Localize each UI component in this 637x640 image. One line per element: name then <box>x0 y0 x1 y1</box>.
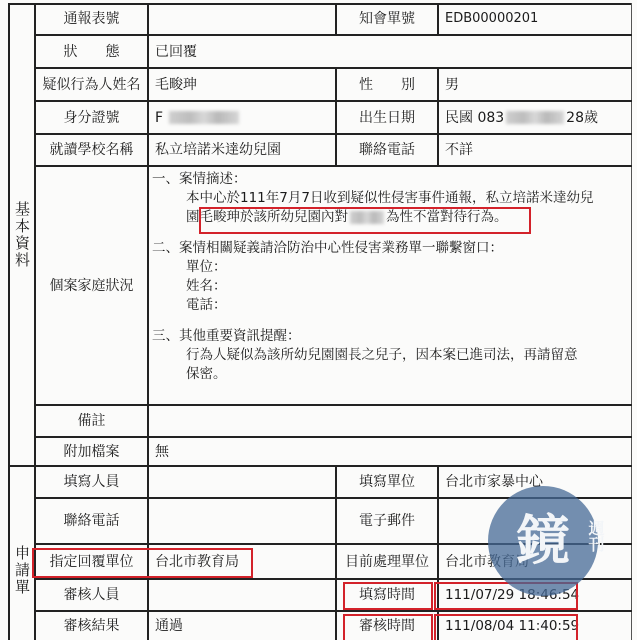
family-status-content: 一、案情摘述： 本中心於111年7月7日收到疑似性侵害事件通報，私立培諾米達幼兒… <box>152 170 628 384</box>
report-no-value <box>149 4 335 34</box>
case-summary-line2-prefix: 園 <box>186 209 200 225</box>
contact-name: 姓名： <box>186 277 628 296</box>
highlight-designated-unit <box>32 548 253 578</box>
family-status-label: 個案家庭狀況 <box>36 167 147 404</box>
reviewer-label: 審核人員 <box>36 580 147 610</box>
highlight-review-time-label <box>343 614 433 640</box>
contact-phone-label: 聯絡電話 <box>36 499 147 543</box>
notice-no-label: 知會單號 <box>337 4 437 34</box>
other-info-title: 三、其他重要資訊提醒： <box>152 327 628 346</box>
phone-label: 聯絡電話 <box>337 135 437 165</box>
suspect-name-label: 疑似行為人姓名 <box>36 69 147 100</box>
section-basic-info: 基本資料 <box>8 165 35 305</box>
reviewer-value <box>149 580 335 610</box>
contact-phone-value <box>149 499 335 543</box>
birth-date-age: 28歲 <box>566 110 598 126</box>
attachments-value: 無 <box>149 438 625 465</box>
watermark-side-text: 週刊 <box>586 520 604 552</box>
case-summary-title: 一、案情摘述： <box>152 170 628 189</box>
filler-value <box>149 467 335 497</box>
id-no-prefix: F <box>155 110 163 126</box>
birth-date-label: 出生日期 <box>337 102 437 133</box>
gender-value: 男 <box>439 69 635 100</box>
section-application: 申請單 <box>8 520 35 620</box>
phone-value: 不詳 <box>439 135 635 165</box>
birth-date-redacted <box>506 111 564 124</box>
review-result-label: 審核結果 <box>36 612 147 640</box>
contact-window-title: 二、案情相關疑義請洽防治中心性侵害業務單一聯繫窗口： <box>152 239 628 258</box>
attachments-label: 附加檔案 <box>36 438 147 465</box>
notice-no-value: EDB00000201 <box>439 4 635 34</box>
email-label: 電子郵件 <box>337 499 437 543</box>
remarks-value <box>149 406 625 436</box>
birth-date-prefix: 民國 083 <box>445 110 504 126</box>
status-label: 狀 態 <box>36 36 147 67</box>
filler-unit-label: 填寫單位 <box>337 467 437 497</box>
watermark-main-glyph: 鏡 <box>516 514 570 568</box>
current-unit-label: 目前處理單位 <box>337 545 437 578</box>
school-label: 就讀學校名稱 <box>36 135 147 165</box>
section-application-label: 申請單 <box>12 545 31 596</box>
contact-phone: 電話： <box>186 296 628 315</box>
case-summary-line1: 本中心於111年7月7日收到疑似性侵害事件通報，私立培諾米達幼兒 <box>186 189 628 208</box>
id-no-label: 身分證號 <box>36 102 147 133</box>
birth-date-value: 民國 083 28歲 <box>439 102 635 133</box>
review-result-value: 通過 <box>149 612 335 640</box>
id-no-value: F <box>149 102 335 133</box>
id-no-redacted <box>169 111 239 124</box>
contact-unit: 單位： <box>186 258 628 277</box>
notification-form: 基本資料 申請單 通報表號 知會單號 EDB00000201 狀 態 已回覆 疑… <box>0 0 637 640</box>
other-info-line2: 保密。 <box>186 365 628 384</box>
status-value: 已回覆 <box>149 36 335 67</box>
mirror-weekly-watermark-logo: 鏡 週刊 <box>488 486 598 596</box>
highlight-review-time-value <box>434 614 578 640</box>
other-info-line1: 行為人疑似為該所幼兒園園長之兒子，因本案已進司法，再請留意 <box>186 346 628 365</box>
gender-label: 性 別 <box>337 69 437 100</box>
highlight-fill-time-label <box>343 582 433 610</box>
suspect-name-value: 毛畯珅 <box>149 69 335 100</box>
report-no-label: 通報表號 <box>36 4 147 34</box>
remarks-label: 備註 <box>36 406 147 436</box>
highlight-case-summary <box>199 207 531 234</box>
school-value: 私立培諾米達幼兒園 <box>149 135 335 165</box>
section-basic-label: 基本資料 <box>12 201 31 269</box>
filler-label: 填寫人員 <box>36 467 147 497</box>
